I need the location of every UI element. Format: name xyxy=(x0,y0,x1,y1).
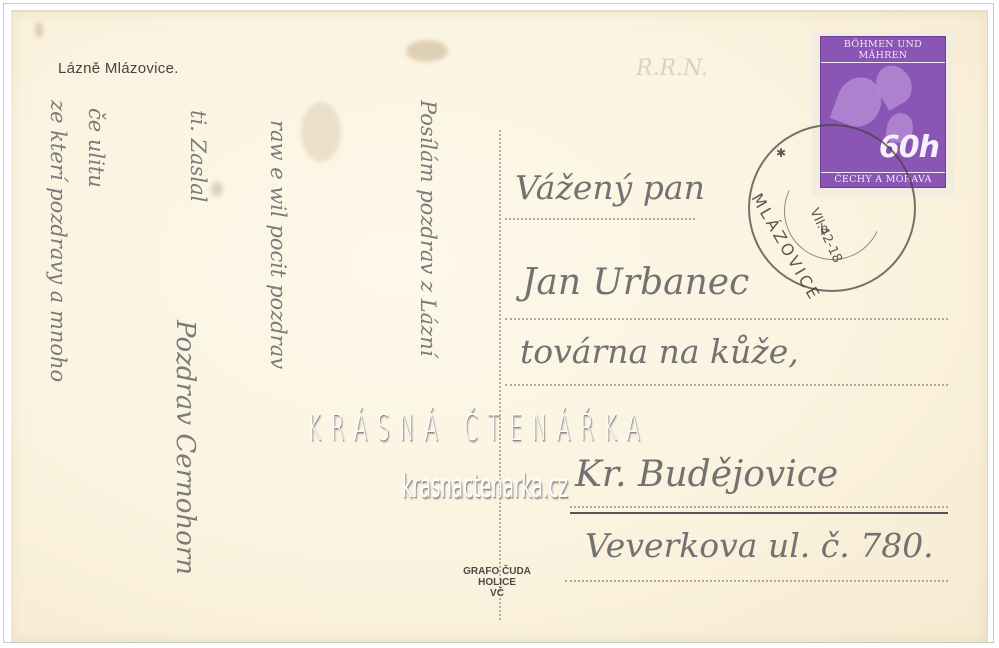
paper-stain xyxy=(406,40,448,62)
printed-title: Lázně Mlázovice. xyxy=(58,60,179,77)
paper-stain xyxy=(35,22,43,38)
address-line-name: Jan Urbanec xyxy=(522,262,749,303)
address-rule xyxy=(565,580,948,582)
stamp-top-text: BÖHMEN UND MÄHREN xyxy=(821,39,945,63)
message-line: ze kterí pozdravy a mnoho xyxy=(46,100,70,382)
postmark-letter: b xyxy=(820,222,828,237)
address-rule xyxy=(505,384,948,386)
message-line: raw e wil pocit pozdrav xyxy=(266,120,290,369)
message-line: Posílám pozdrav z Lázní xyxy=(416,100,440,356)
message-line: če ulitu xyxy=(84,108,108,188)
paper-stain xyxy=(211,182,223,196)
center-divider xyxy=(499,130,501,620)
address-rule xyxy=(505,218,695,220)
publisher-line: VČ xyxy=(452,588,542,599)
address-rule xyxy=(505,318,948,320)
publisher-mark: GRAFO ČUDA HOLICE VČ xyxy=(452,566,542,599)
watermark-url: krasnactenarka.cz xyxy=(402,466,568,505)
publisher-line: HOLICE xyxy=(452,577,542,588)
address-line-salutation: Vážený pan xyxy=(515,168,705,207)
message-line: Pozdrav Cernohorn xyxy=(170,320,200,575)
pencil-note: R.R.N. xyxy=(636,56,708,81)
postmark: MLÁZOVICE VII.42-18 b ✱ xyxy=(748,124,916,292)
address-rule xyxy=(570,506,948,508)
message-line: ti. Zaslal xyxy=(186,110,210,202)
address-line-street: Veverkova ul. č. 780. xyxy=(585,526,934,565)
publisher-line: GRAFO ČUDA xyxy=(452,566,542,577)
paper-stain xyxy=(301,102,341,162)
address-line-city: Kr. Budějovice xyxy=(575,454,838,495)
address-rule-solid xyxy=(570,512,948,514)
watermark-title: KRÁSNÁ ČTENÁŘKA xyxy=(308,408,650,449)
address-line-company: továrna na kůže, xyxy=(520,332,799,371)
postmark-star-icon: ✱ xyxy=(776,146,786,160)
